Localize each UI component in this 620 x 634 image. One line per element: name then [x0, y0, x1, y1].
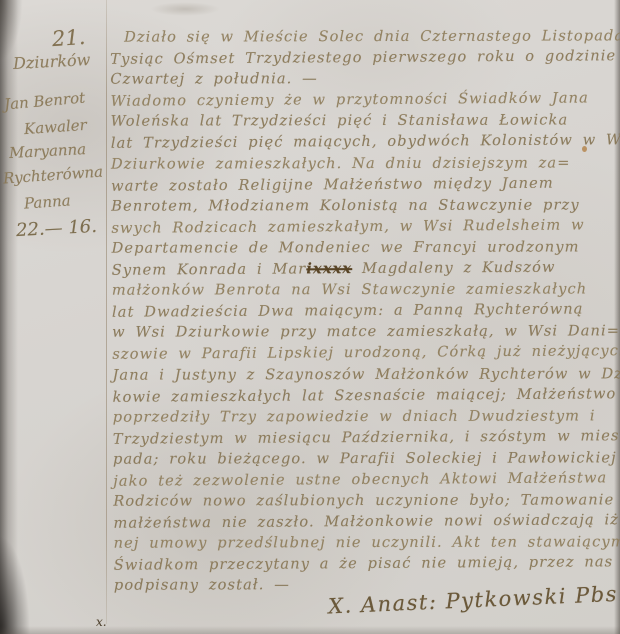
scanned-register-page: 21. Dziurków Jan Benrot Kawaler Maryanna… — [0, 0, 620, 634]
body-line: Tysiąc Ośmset Trzydziestego pierwszego r… — [110, 45, 616, 70]
body-line: Wiadomo czyniemy że w przytomności Świad… — [110, 88, 616, 113]
margin-groom-status: Kawaler — [23, 116, 87, 138]
body-line: poprzedziły Trzy zapowiedzie w dniach Dw… — [113, 405, 619, 427]
body-line-text: Synem Konrada i Mar — [112, 260, 307, 278]
body-line: warte zostało Religijne Małżeństwo międz… — [111, 172, 617, 197]
body-line: Dziurkowie zamieszkałych. Na dniu dzisie… — [111, 152, 617, 174]
body-line-with-correction: Synem Konrada i Marixxxx Magdaleny z Kud… — [112, 256, 618, 281]
struck-out-word: ixxxx — [306, 260, 352, 277]
body-line-text: Magdaleny z Kudszów — [352, 259, 555, 277]
margin-ages: 22.— 16. — [16, 216, 98, 241]
body-line: małżonków Benrota na Wsi Stawczynie zami… — [112, 278, 618, 300]
body-line: lat Trzydzieści pięć maiących, obydwóch … — [111, 130, 617, 155]
body-line: małżeństwa nie zaszło. Małżonkowie nowi … — [113, 509, 619, 534]
pen-mark: x. — [96, 615, 107, 629]
body-line: Trzydziestym w miesiącu Października, i … — [113, 425, 619, 450]
body-line: Czwartej z południa. — — [110, 68, 616, 90]
margin-bride-status: Panna — [23, 191, 71, 212]
margin-rule-line — [106, 0, 107, 624]
act-body-text: Działo się w Mieście Solec dnia Czternas… — [110, 24, 620, 597]
body-line: Świadkom przeczytany a że pisać nie umie… — [114, 552, 620, 577]
body-line: Benrotem, Młodzianem Kolonistą na Stawcz… — [111, 194, 617, 216]
body-line: Jana i Justyny z Szaynoszów Małżonków Ry… — [112, 363, 618, 385]
page-edge-shadow-bottom — [0, 626, 620, 634]
body-line: Rodziców nowo zaślubionych uczynione był… — [113, 489, 619, 511]
page-corner-shadow-top-left — [0, 0, 26, 90]
act-number: 21. — [51, 25, 86, 51]
body-line: w Wsi Dziurkowie przy matce zamieszkałą,… — [112, 321, 618, 343]
body-line: swych Rodzicach zamieszkałym, w Wsi Rude… — [111, 214, 617, 239]
page-corner-shadow-bottom-left — [0, 484, 36, 634]
body-line: Działo się w Mieście Solec dnia Czternas… — [110, 25, 616, 47]
body-line: szowie w Parafii Lipskiej urodzoną, Córk… — [112, 341, 618, 366]
body-line: pada; roku bieżącego. w Parafii Soleckie… — [113, 447, 619, 469]
paper-stain — [150, 2, 220, 16]
body-line: lat Dwadzieścia Dwa maiącym: a Panną Ryc… — [112, 298, 618, 323]
body-line: Departamencie de Mondeniec we Francyi ur… — [112, 236, 618, 258]
body-line: jako też zezwolenie ustne obecnych Aktow… — [113, 467, 619, 492]
body-line: kowie zamieszkałych lat Szesnaście maiąc… — [113, 383, 619, 408]
body-line: nej umowy przedślubnej nie uczynili. Akt… — [114, 532, 620, 554]
margin-bride-first-name: Maryanna — [9, 140, 87, 162]
body-line: Woleńska lat Trzydzieści pięć i Stanisła… — [111, 110, 617, 132]
margin-village-name: Dziurków — [13, 50, 91, 73]
